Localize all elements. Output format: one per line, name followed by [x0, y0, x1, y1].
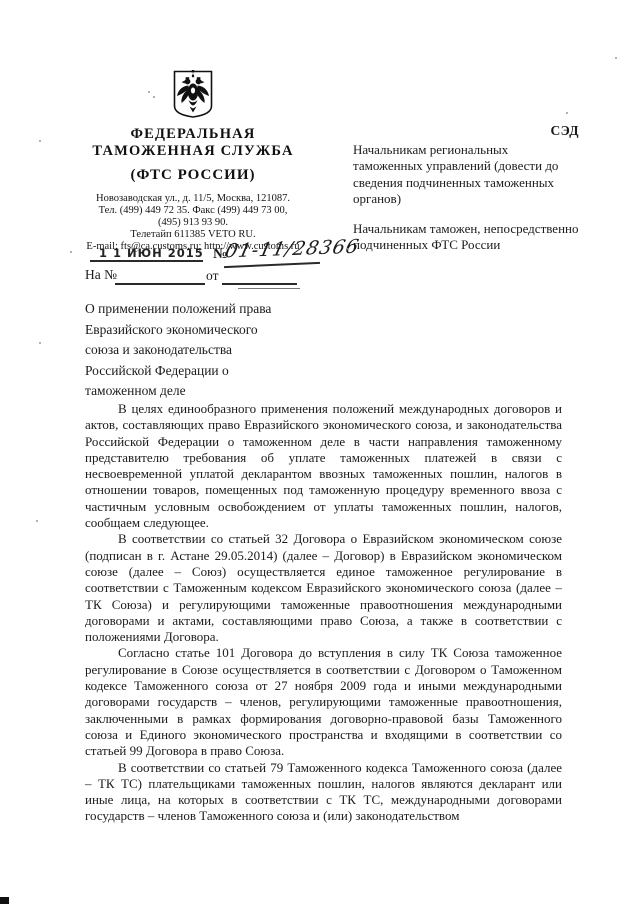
scan-speck	[39, 342, 41, 344]
org-teletype-line: Телетайп 611385 VETO RU.	[62, 229, 324, 241]
org-name-line1: ФЕДЕРАЛЬНАЯ	[62, 126, 324, 143]
reply-date-underline	[222, 283, 297, 285]
body-paragraph-4: В соответствии со статьей 79 Таможенного…	[85, 760, 562, 825]
scan-corner-mark	[0, 897, 9, 904]
scan-speck	[566, 112, 568, 114]
scan-speck	[36, 520, 38, 522]
reply-to-number-label: На №	[85, 267, 117, 283]
org-email-line: E-mail: fts@ca.customs.ru; http://www.cu…	[62, 241, 324, 253]
body-paragraph-3: Согласно статье 101 Договора до вступлен…	[85, 645, 562, 759]
scan-speck	[148, 91, 150, 93]
org-phone-line2: (495) 913 93 90.	[62, 217, 324, 229]
reply-date-underline-shadow	[238, 288, 300, 289]
date-underline	[90, 260, 203, 262]
scan-speck	[39, 140, 41, 142]
org-name-line2: ТАМОЖЕННАЯ СЛУЖБА	[62, 143, 324, 160]
letterhead: ФЕДЕРАЛЬНАЯ ТАМОЖЕННАЯ СЛУЖБА (ФТС РОССИ…	[62, 70, 324, 253]
scanned-letter-page: ФЕДЕРАЛЬНАЯ ТАМОЖЕННАЯ СЛУЖБА (ФТС РОССИ…	[0, 0, 640, 905]
number-underline	[224, 262, 320, 268]
scan-speck	[347, 248, 349, 250]
sed-label: СЭД	[353, 123, 579, 139]
org-address-line: Новозаводская ул., д. 11/5, Москва, 1210…	[62, 193, 324, 205]
org-name: ФЕДЕРАЛЬНАЯ ТАМОЖЕННАЯ СЛУЖБА	[62, 126, 324, 160]
scan-speck	[70, 251, 72, 253]
addressee-regional-administrations: Начальникам региональных таможенных упра…	[353, 142, 579, 207]
reply-number-underline	[115, 283, 205, 285]
org-contact-block: Новозаводская ул., д. 11/5, Москва, 1210…	[62, 193, 324, 253]
body-paragraph-1: В целях единообразного применения положе…	[85, 401, 562, 531]
body-paragraph-2: В соответствии со статьей 32 Договора о …	[85, 531, 562, 645]
addressee-customs-houses: Начальникам таможен, непосредственно под…	[353, 221, 579, 253]
org-phone-line: Тел. (499) 449 72 35. Факс (499) 449 73 …	[62, 205, 324, 217]
routing-block: СЭД Начальникам региональных таможенных …	[353, 123, 579, 267]
scan-speck	[615, 57, 617, 59]
letter-body: В целях единообразного применения положе…	[85, 401, 562, 825]
coat-of-arms-eagle-icon	[173, 70, 213, 119]
letter-subject: О применении положений права Евразийског…	[85, 299, 291, 402]
scan-speck	[153, 96, 155, 98]
org-abbreviation: (ФТС РОССИИ)	[62, 167, 324, 184]
reply-from-label: от	[206, 268, 218, 284]
